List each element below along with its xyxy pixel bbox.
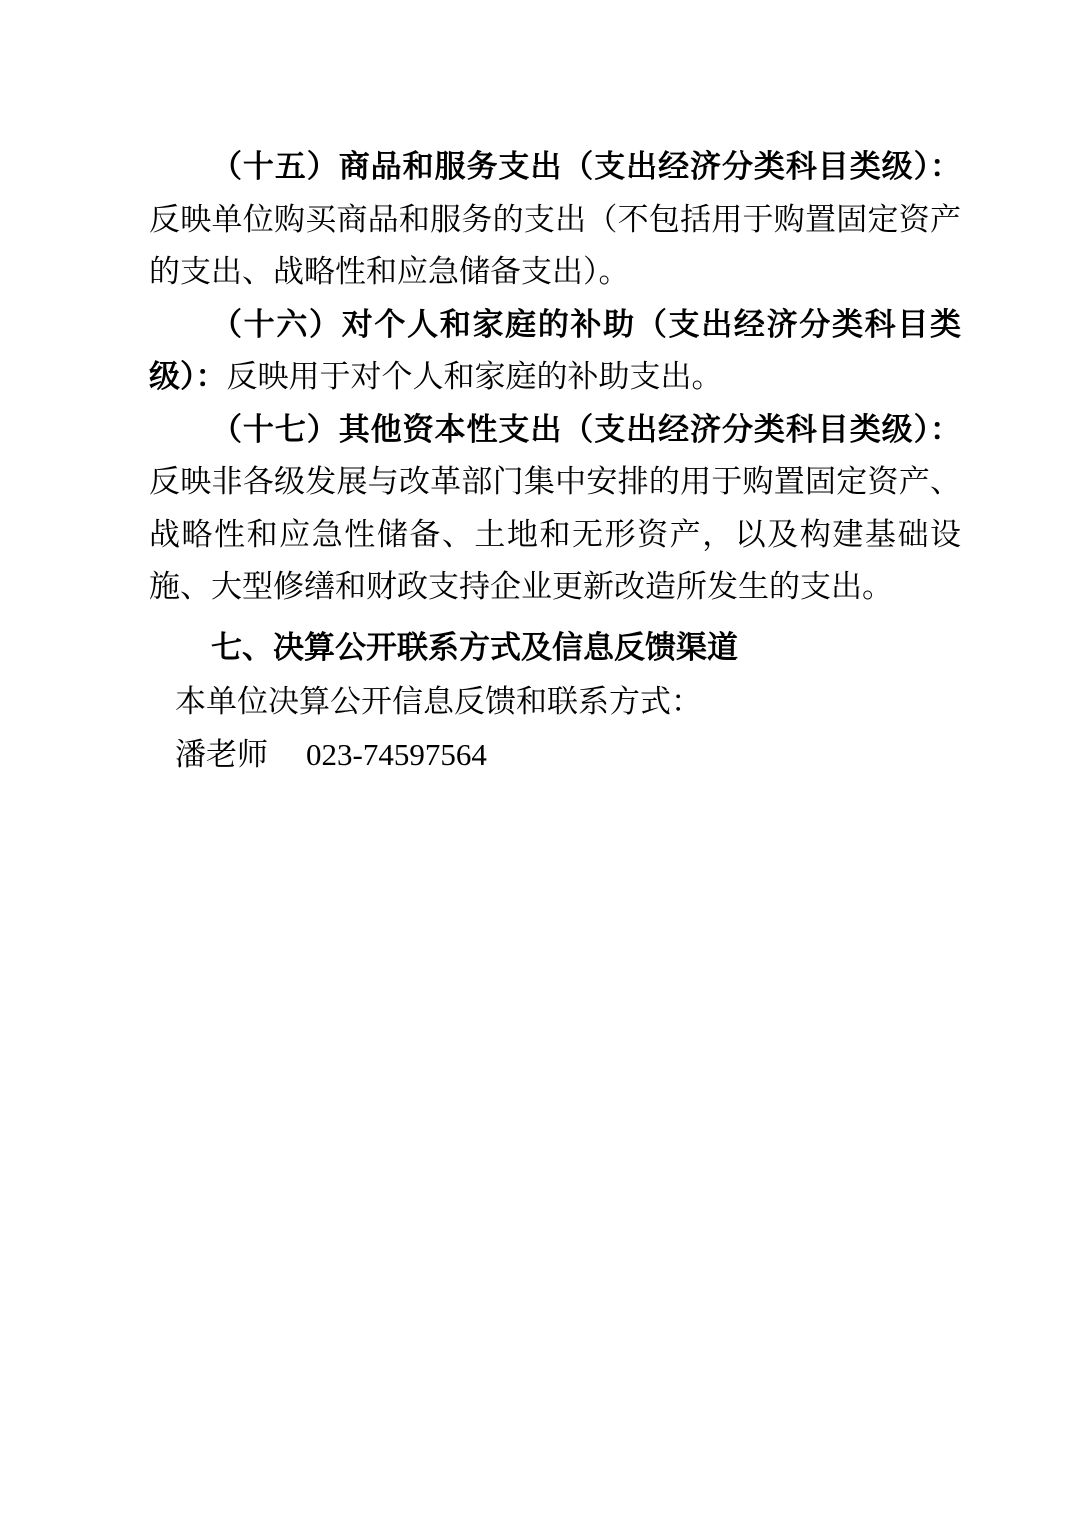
section-heading-contact-channels: 七、决算公开联系方式及信息反馈渠道 [149,622,961,675]
clause-16-body: 反映用于对个人和家庭的补助支出。 [227,359,723,394]
clause-17-title: （十七）其他资本性支出（支出经济分类科目类级）： [211,412,961,447]
contact-intro-line: 本单位决算公开信息反馈和联系方式： [149,676,961,729]
clause-16-subsidies: （十六）对个人和家庭的补助（支出经济分类科目类级）：反映用于对个人和家庭的补助支… [149,299,961,404]
document-page: （十五）商品和服务支出（支出经济分类科目类级）：反映单位购买商品和服务的支出（不… [0,0,1074,1520]
clause-17-other-capital-expenditure: （十七）其他资本性支出（支出经济分类科目类级）：反映非各级发展与改革部门集中安排… [149,404,961,614]
clause-15-body: 反映单位购买商品和服务的支出（不包括用于购置固定资产的支出、战略性和应急储备支出… [149,202,961,290]
contact-info-line: 潘老师023-74597564 [149,729,961,782]
contact-phone: 023-74597564 [306,737,487,772]
clause-17-body: 反映非各级发展与改革部门集中安排的用于购置固定资产、战略性和应急性储备、土地和无… [149,464,961,604]
contact-person: 潘老师 [175,737,268,772]
clause-15-goods-and-services: （十五）商品和服务支出（支出经济分类科目类级）：反映单位购买商品和服务的支出（不… [149,141,961,299]
clause-15-title: （十五）商品和服务支出（支出经济分类科目类级）： [211,149,961,184]
